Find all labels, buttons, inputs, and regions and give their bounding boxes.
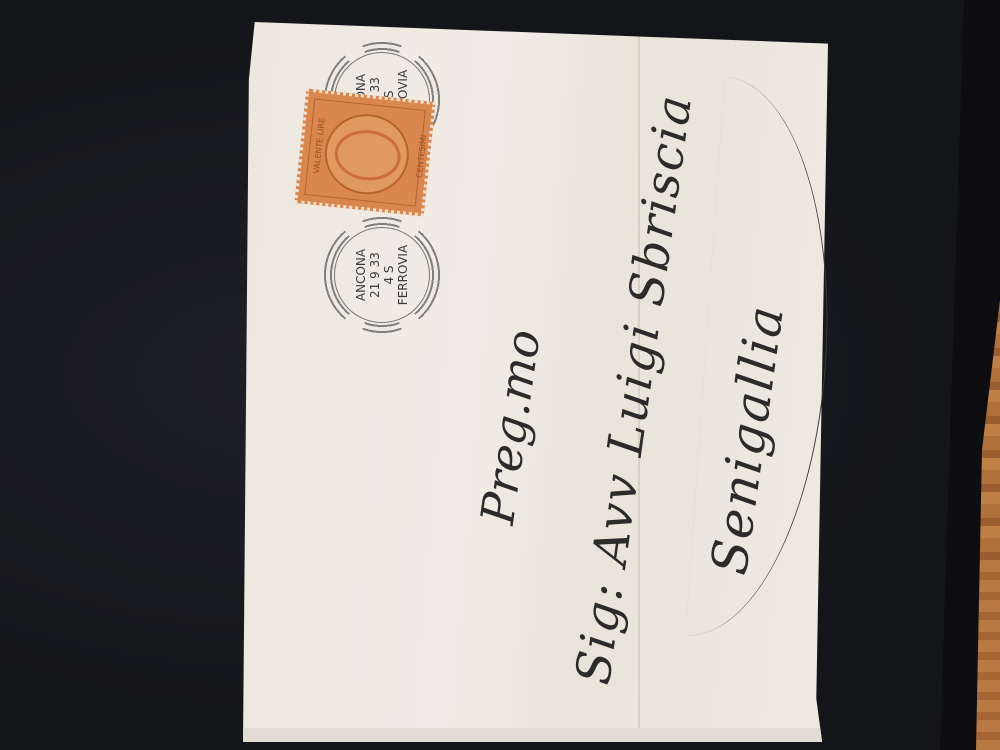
postage-stamp: VALENTE LIRE CENTESIMI bbox=[294, 89, 435, 217]
postmark-time: 4 S bbox=[382, 265, 396, 284]
postmark-office: FERROVIA bbox=[396, 245, 410, 305]
postmark-bottom: ANCONA 21 9 33 4 S FERROVIA bbox=[322, 215, 442, 335]
postmark-city: ANCONA bbox=[354, 249, 368, 301]
postmark-text: ANCONA 21 9 33 4 S FERROVIA bbox=[322, 215, 442, 335]
postmark-date: 21 9 33 bbox=[368, 252, 382, 298]
paper-fold-bottom bbox=[243, 728, 828, 742]
